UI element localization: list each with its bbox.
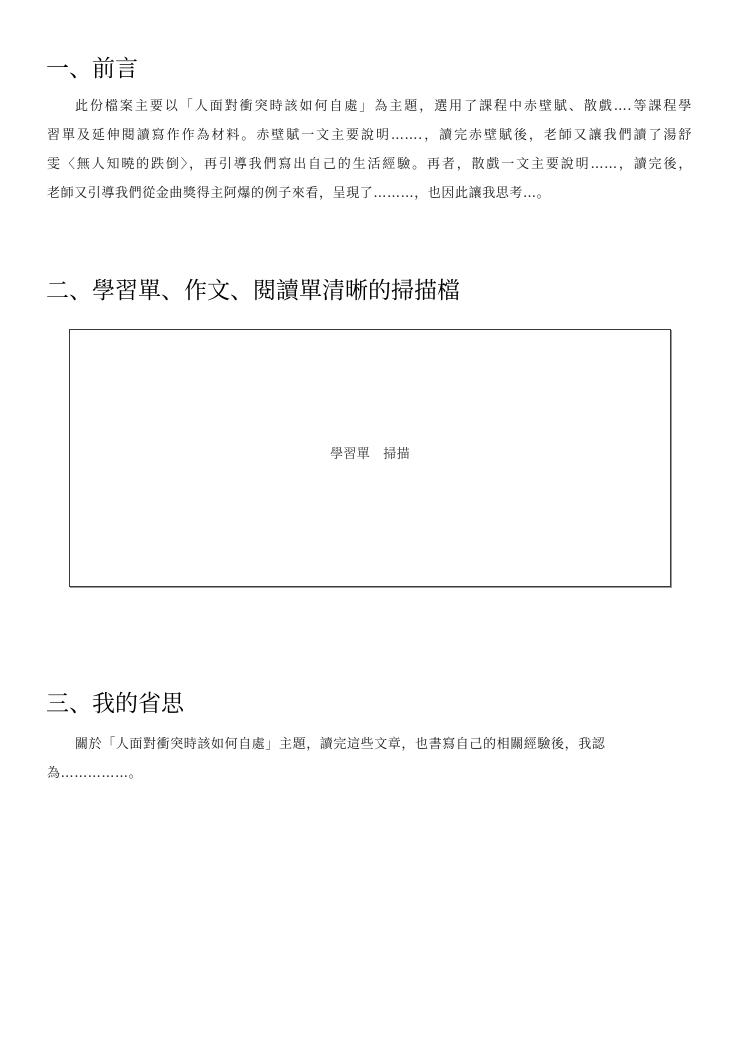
preface-paragraph-line: 此份檔案主要以「人面對衝突時該如何自處」為主題，選用了課程中赤壁賦、散戲….等課… <box>75 98 692 116</box>
scan-placeholder-label: 學習單 掃描 <box>330 443 410 462</box>
reflection-paragraph-line: 為……………。 <box>47 765 692 783</box>
reflection-paragraph-line: 關於「人面對衝突時該如何自處」主題，讀完這些文章，也書寫自己的相關經驗後，我認 <box>75 736 692 754</box>
preface-paragraph-line: 習單及延伸閱讀寫作作為材料。赤壁賦一文主要說明…….，讀完赤壁賦後，老師又讓我們… <box>47 127 692 145</box>
section-heading-preface: 一、前言 <box>46 55 138 83</box>
section-heading-reflection: 三、我的省思 <box>46 690 184 718</box>
preface-paragraph-line: 雯〈無人知曉的跌倒〉，再引導我們寫出自己的生活經驗。再者，散戲一文主要說明……，… <box>47 156 692 174</box>
preface-paragraph-line: 老師又引導我們從金曲獎得主阿爆的例子來看，呈現了………，也因此讓我思考…。 <box>47 185 692 203</box>
scan-placeholder-box: 學習單 掃描 <box>69 329 671 587</box>
section-heading-scans: 二、學習單、作文、閱讀單清晰的掃描檔 <box>46 277 460 305</box>
